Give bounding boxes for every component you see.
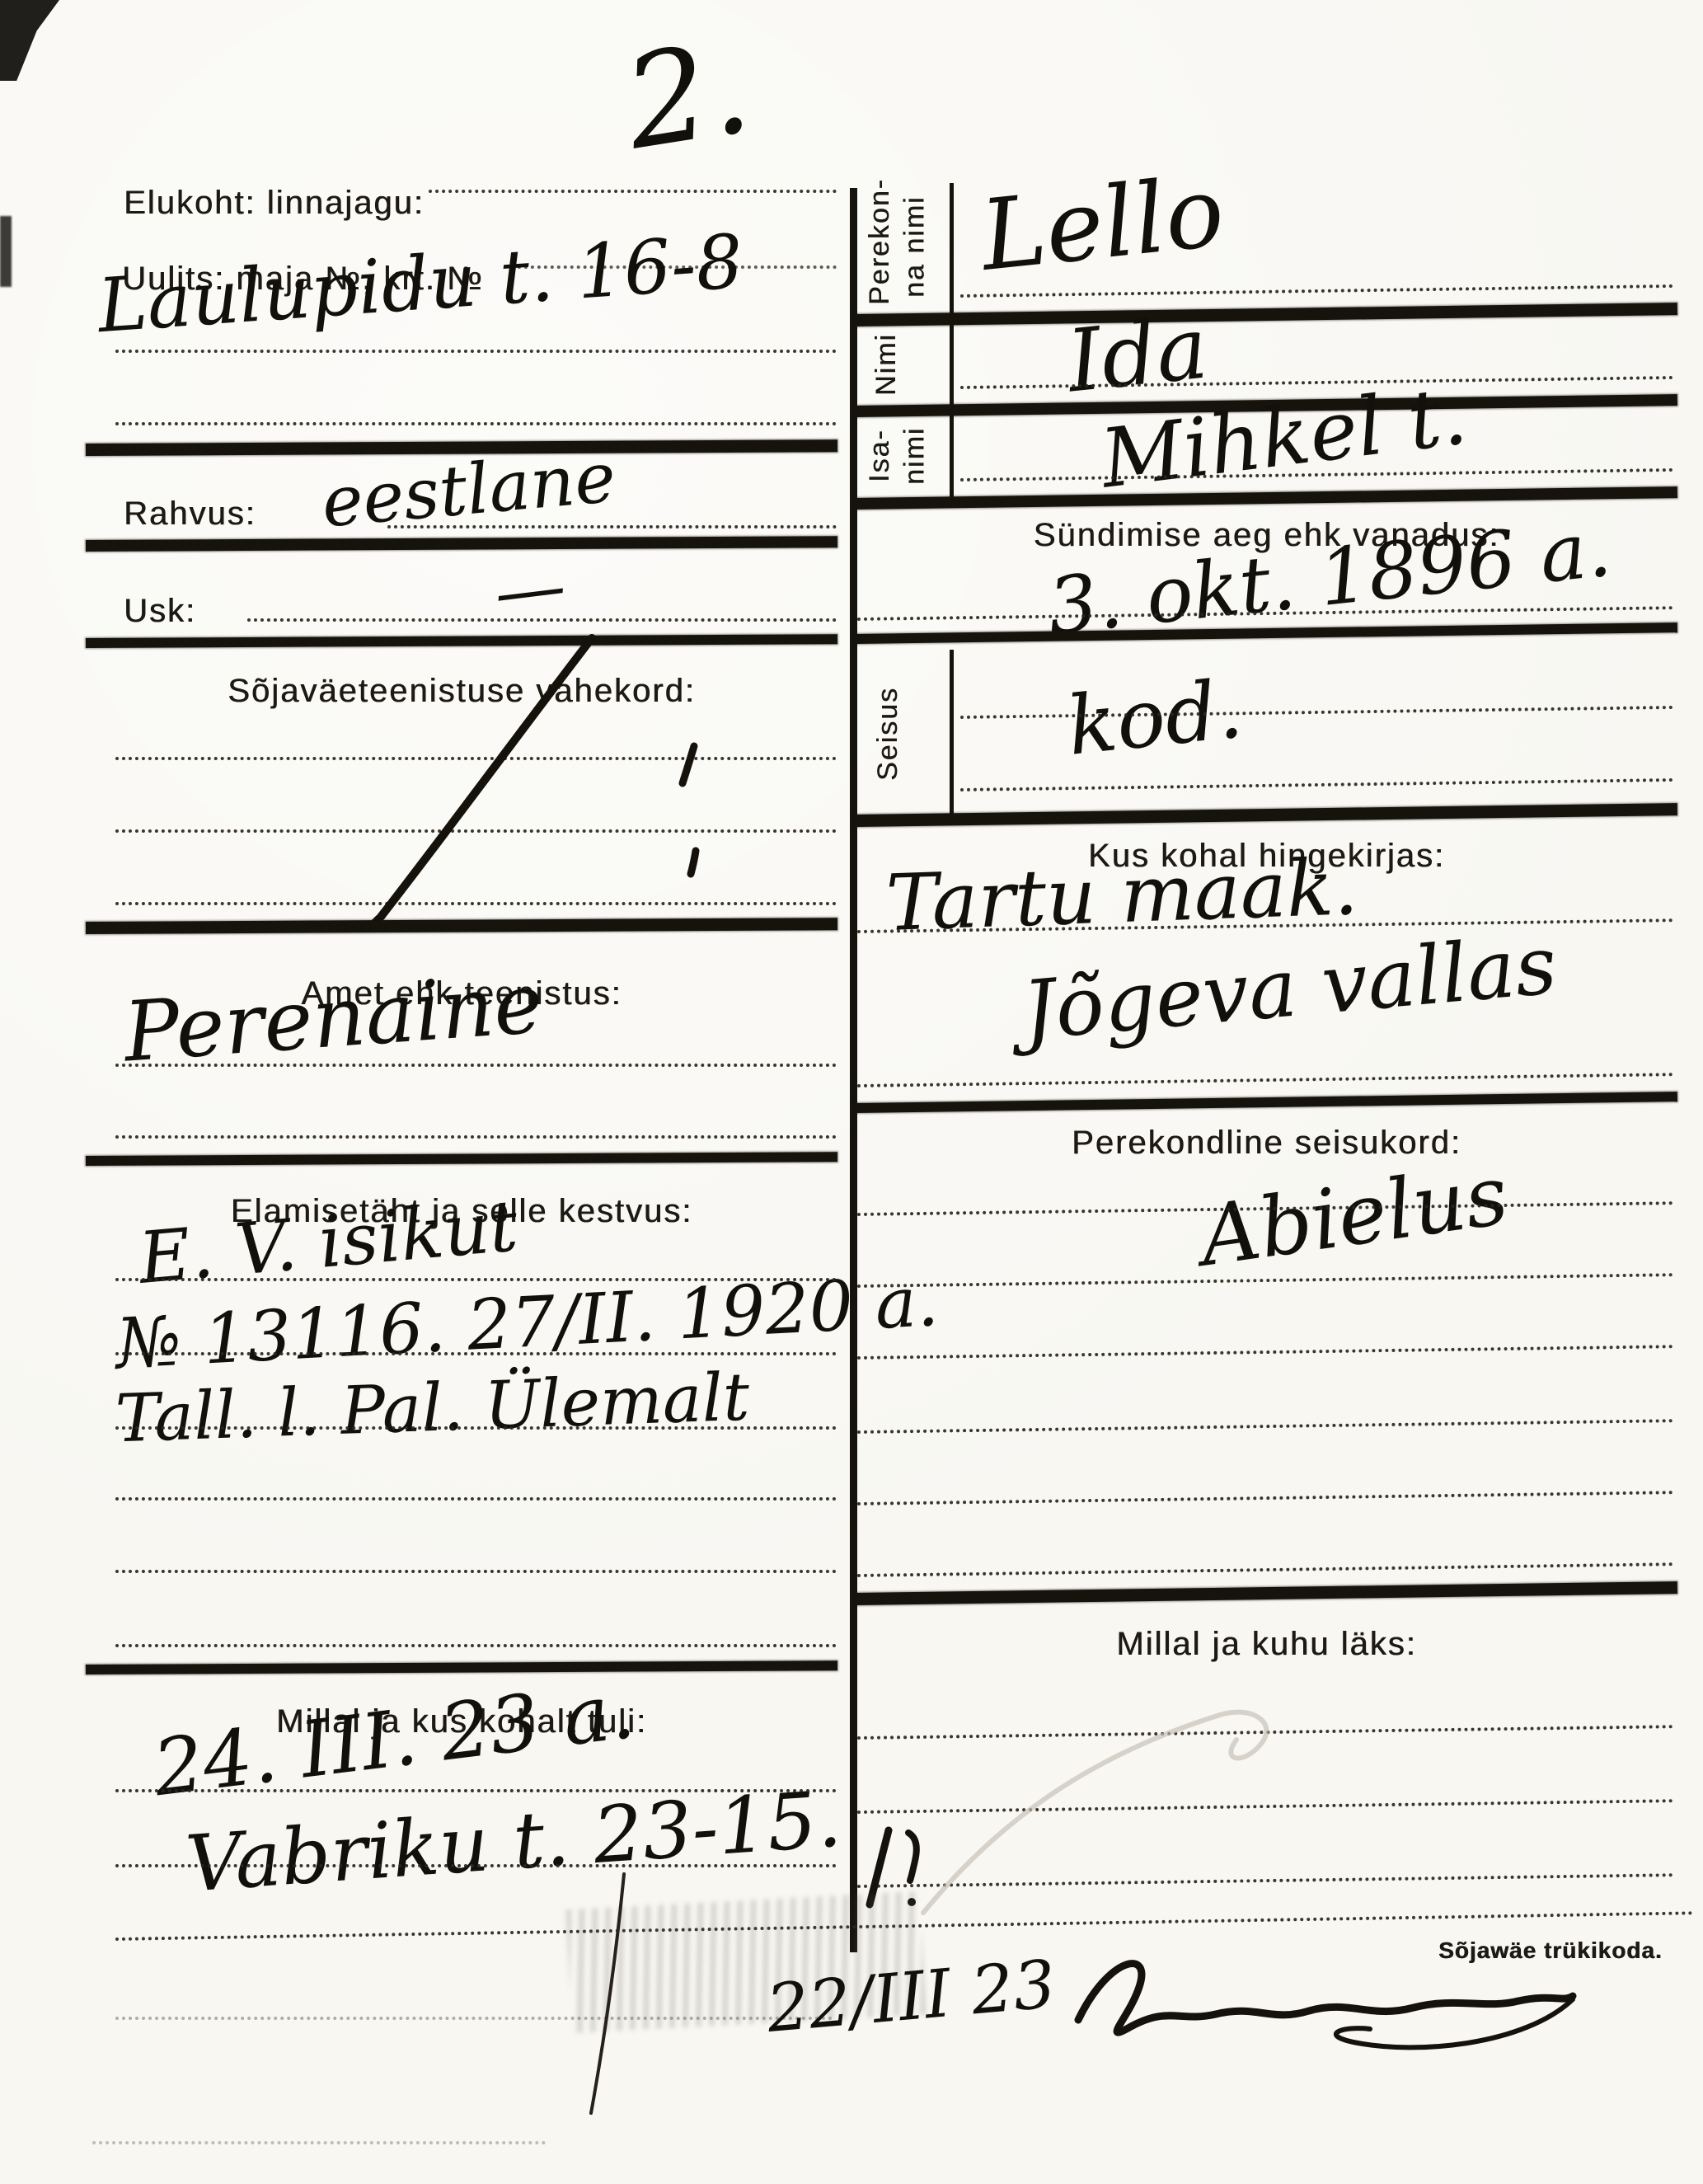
writing-line bbox=[115, 1789, 837, 1792]
writing-line bbox=[115, 1278, 837, 1281]
section-bar bbox=[86, 1660, 837, 1674]
pen-tail-stroke bbox=[573, 1867, 647, 2123]
writing-line bbox=[429, 190, 837, 193]
column-divider bbox=[850, 188, 857, 1952]
label-gutter-line bbox=[950, 650, 954, 816]
field-hingekirjas-line2: Jõgeva vallas bbox=[1020, 925, 1560, 1052]
writing-line bbox=[857, 1491, 1673, 1505]
writing-line bbox=[857, 1073, 1673, 1087]
writing-line bbox=[115, 1864, 837, 1867]
writing-line bbox=[115, 422, 837, 425]
tick-marks bbox=[643, 721, 717, 895]
label-gutter-line bbox=[950, 183, 954, 506]
signature-scribble bbox=[1063, 1942, 1607, 2090]
sheet-number: 2. bbox=[617, 22, 758, 167]
field-perekonnanimi-vertical-label: Perekon- na nimi bbox=[862, 188, 945, 305]
writing-line bbox=[857, 1419, 1673, 1434]
section-bar bbox=[86, 1152, 837, 1166]
writing-line bbox=[857, 1345, 1673, 1360]
writing-line bbox=[115, 1064, 837, 1067]
writing-line bbox=[960, 284, 1673, 298]
writing-line bbox=[92, 2141, 546, 2144]
field-isanimi-vertical-label: Isa- nimi bbox=[862, 416, 941, 495]
section-bar bbox=[856, 803, 1677, 827]
writing-line bbox=[115, 1570, 837, 1573]
field-usk-label: Usk: bbox=[124, 593, 196, 630]
writing-line bbox=[115, 1135, 837, 1139]
writing-line bbox=[115, 1644, 837, 1647]
scanned-form-page: 2. Elukoht: linnajagu: Uulits: maja №, k… bbox=[0, 0, 1703, 2184]
field-millal-tuli-line2: Vabriku t. 23-15. bbox=[184, 1781, 844, 1904]
section-bar bbox=[86, 918, 837, 934]
writing-line bbox=[960, 778, 1673, 791]
field-elukoht-label: Elukoht: linnajagu: bbox=[124, 185, 425, 222]
field-usk-value: — bbox=[490, 550, 570, 629]
writing-line bbox=[115, 350, 837, 353]
field-nimi-value: Ida bbox=[1063, 304, 1212, 404]
writing-line bbox=[115, 1426, 837, 1430]
field-millal-tuli-line1: 24. III. 23 a. bbox=[149, 1673, 638, 1809]
slash-mark bbox=[354, 620, 618, 933]
field-perekondline-value: Abielus bbox=[1195, 1153, 1513, 1278]
scan-edge-smear bbox=[0, 216, 12, 287]
section-bar bbox=[856, 486, 1677, 510]
field-elamisetaht-line3: Tall. l. Pal. Ülemalt bbox=[115, 1364, 751, 1453]
field-rahvus-label: Rahvus: bbox=[124, 496, 256, 533]
field-amet-value: Perenaine bbox=[121, 962, 545, 1073]
field-seisus-vertical-label: Seisus bbox=[870, 660, 922, 808]
field-seisus-value: kod. bbox=[1063, 669, 1246, 768]
field-uulits-value: Laulupidu t. 16-8 bbox=[96, 225, 746, 344]
field-millal-laks-label: Millal ja kuhu läks: bbox=[856, 1626, 1677, 1663]
field-perekonnanimi-value: Lello bbox=[977, 162, 1228, 284]
section-bar bbox=[856, 1581, 1677, 1605]
field-rahvus-value: eestlane bbox=[319, 443, 618, 538]
field-perekondline-label: Perekondline seisukord: bbox=[856, 1125, 1677, 1162]
scan-corner-blob bbox=[0, 0, 59, 81]
writing-line bbox=[115, 1497, 837, 1501]
section-bar bbox=[856, 1092, 1677, 1113]
writing-line bbox=[115, 1352, 837, 1355]
writing-line bbox=[857, 1562, 1673, 1577]
field-nimi-vertical-label: Nimi bbox=[869, 328, 920, 401]
section-bar bbox=[86, 536, 837, 552]
section-bar bbox=[856, 303, 1677, 326]
